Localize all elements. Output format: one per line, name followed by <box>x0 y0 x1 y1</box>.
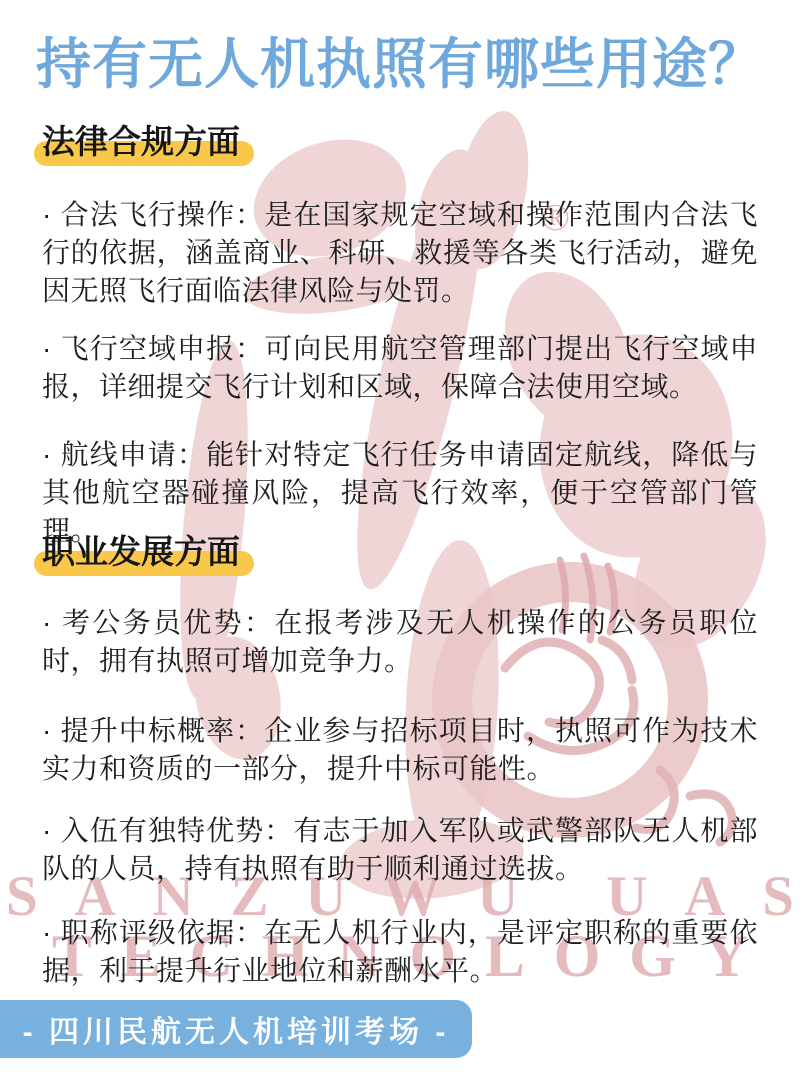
section-heading-label: 法律合规方面 <box>42 123 240 160</box>
page-title: 持有无人机执照有哪些用途？ <box>0 20 800 99</box>
bullet-civil-servant-exam: · 考公务员优势：在报考涉及无人机操作的公务员职位时，拥有执照可增加竞争力。 <box>42 604 758 680</box>
bullet-bidding-probability: · 提升中标概率：企业参与招标项目时，执照可作为技术实力和资质的一部分，提升中标… <box>42 712 758 788</box>
bullet-title-rating: · 职称评级依据：在无人机行业内，是评定职称的重要依据，利于提升行业地位和薪酬水… <box>42 914 758 990</box>
bullet-legal-flight-operation: · 合法飞行操作：是在国家规定空域和操作范围内合法飞行的依据，涵盖商业、科研、救… <box>42 196 758 310</box>
section-heading-legal: 法律合规方面 <box>42 116 240 163</box>
poster-page: ® SANZUWU UAS TECHNOLOGY 持有无人机执照有哪些用途？ 法… <box>0 0 800 1086</box>
section-heading-label: 职业发展方面 <box>42 533 240 570</box>
footer-banner: - 四川民航无人机培训考场 - <box>0 1000 472 1058</box>
bullet-military-enlistment: · 入伍有独特优势：有志于加入军队或武警部队无人机部队的人员，持有执照有助于顺利… <box>42 812 758 888</box>
footer-banner-label: - 四川民航无人机培训考场 - <box>23 1007 450 1051</box>
bullet-airspace-declaration: · 飞行空域申报：可向民用航空管理部门提出飞行空域申报，详细提交飞行计划和区域，… <box>42 330 758 406</box>
section-heading-career: 职业发展方面 <box>42 526 240 573</box>
